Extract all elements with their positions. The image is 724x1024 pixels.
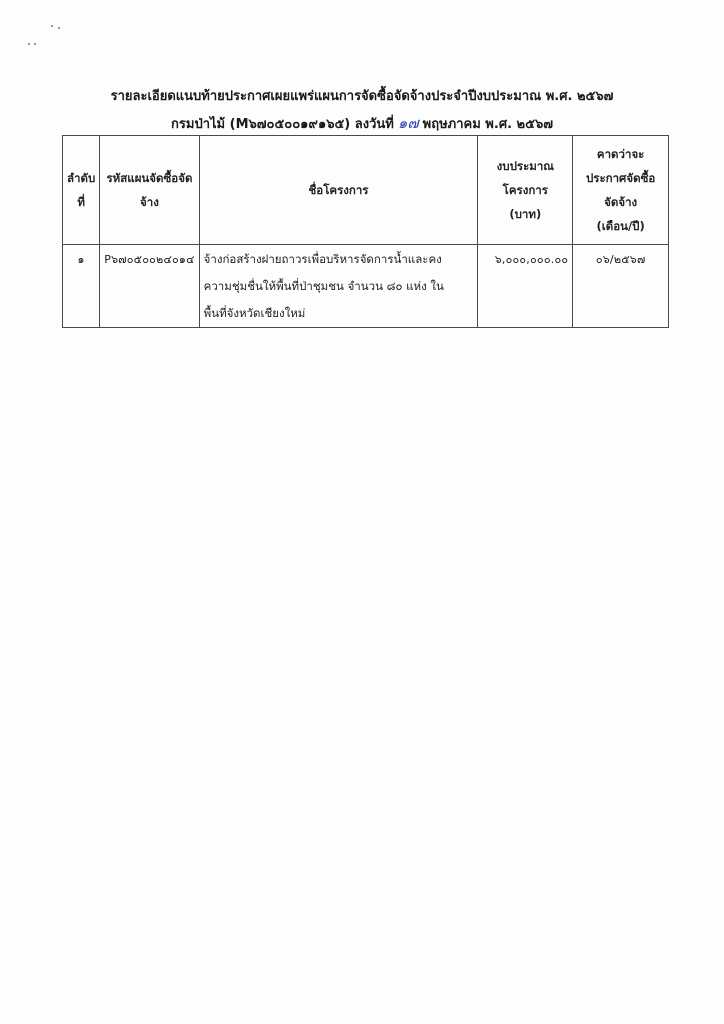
header-budget: งบประมาณ โครงการ (บาท) <box>478 136 573 245</box>
handwritten-day: ๑๗ <box>398 114 419 132</box>
cell-expected-month: ๐๖/๒๕๖๗ <box>573 245 669 328</box>
table-row: ๑ P๖๗๐๕๐๐๒๔๐๑๔ จ้างก่อสร้างฝายถาวรเพื่อบ… <box>63 245 669 328</box>
cell-project-name: จ้างก่อสร้างฝายถาวรเพื่อบริหารจัดการน้ำแ… <box>199 245 478 328</box>
header-plan-code: รหัสแผนจัดซื้อจัด จ้าง <box>100 136 199 245</box>
cell-plan-code: P๖๗๐๕๐๐๒๔๐๑๔ <box>100 245 199 328</box>
subtitle-suffix: พฤษภาคม พ.ศ. ๒๕๖๗ <box>423 117 553 132</box>
header-project-name: ชื่อโครงการ <box>199 136 478 245</box>
cell-no: ๑ <box>63 245 100 328</box>
procurement-plan-table: ลำดับ ที่ รหัสแผนจัดซื้อจัด จ้าง ชื่อโคร… <box>62 135 669 328</box>
scanned-page: รายละเอียดแนบท้ายประกาศเผยแพร่แผนการจัดซ… <box>0 0 724 1024</box>
table-header-row: ลำดับ ที่ รหัสแผนจัดซื้อจัด จ้าง ชื่อโคร… <box>63 136 669 245</box>
header-no: ลำดับ ที่ <box>63 136 100 245</box>
header-expected-month: คาดว่าจะ ประกาศจัดซื้อ จัดจ้าง (เดือน/ปี… <box>573 136 669 245</box>
document-title: รายละเอียดแนบท้ายประกาศเผยแพร่แผนการจัดซ… <box>0 85 724 106</box>
scan-speck <box>28 43 30 45</box>
scan-speck <box>51 25 53 27</box>
subtitle-prefix: กรมป่าไม้ (M๖๗๐๕๐๐๑๙๑๖๕) ลงวันที่ <box>171 117 394 132</box>
scan-speck <box>34 43 36 45</box>
cell-budget: ๖,๐๐๐,๐๐๐.๐๐ <box>478 245 573 328</box>
scan-speck <box>58 27 60 29</box>
document-subtitle: กรมป่าไม้ (M๖๗๐๕๐๐๑๙๑๖๕) ลงวันที่๑๗พฤษภา… <box>0 111 724 135</box>
